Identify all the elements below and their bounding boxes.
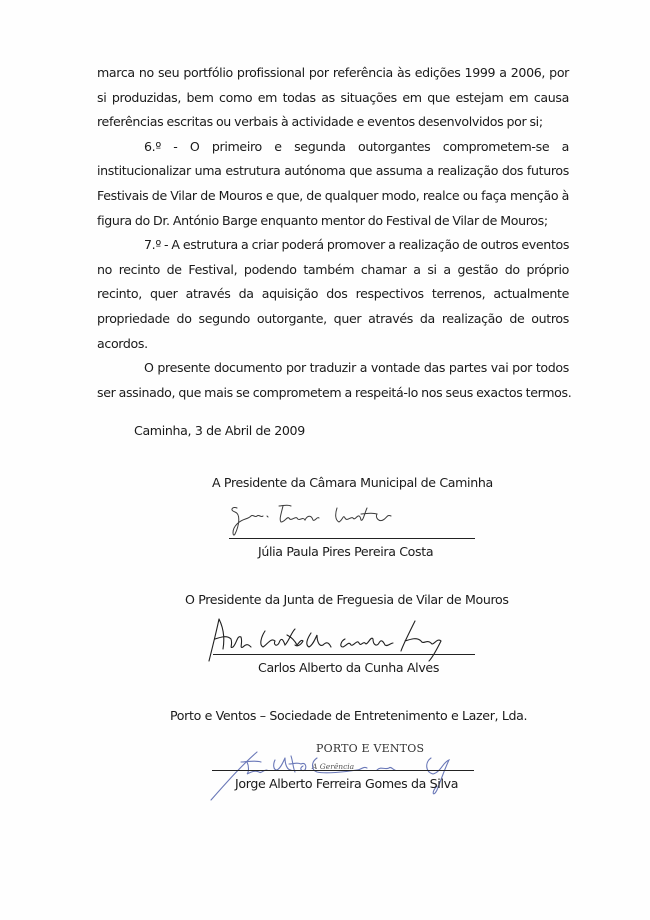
text-line: O presente documento por traduzir a vont… [97, 356, 569, 381]
signature-line [229, 538, 475, 539]
signatory-title: O Presidente da Junta de Freguesia de Vi… [185, 592, 509, 607]
text-line: si produzidas, bem como em todas as situ… [97, 86, 569, 111]
text-line: referências escritas ou verbais à activi… [97, 110, 569, 135]
document-page: marca no seu portfólio profissional por … [0, 0, 650, 920]
paragraph-clause-7: 7.º - A estrutura a criar poderá promove… [97, 233, 569, 356]
text-line: 6.º - O primeiro e segunda outorgantes c… [97, 135, 569, 160]
signature-line [213, 654, 475, 655]
signature-line [212, 770, 474, 771]
signatory-name: Jorge Alberto Ferreira Gomes da Silva [235, 776, 458, 791]
place-date: Caminha, 3 de Abril de 2009 [134, 423, 305, 438]
paragraph-closing: O presente documento por traduzir a vont… [97, 356, 569, 405]
text-line: 7.º - A estrutura a criar poderá promove… [97, 233, 569, 258]
text-line: no recinto de Festival, podendo também c… [97, 258, 569, 283]
text-line: institucionalizar uma estrutura autónoma… [97, 159, 569, 184]
document-body: marca no seu portfólio profissional por … [97, 61, 569, 405]
text-line: recinto, quer através da aquisição dos r… [97, 282, 569, 307]
signatory-name: Carlos Alberto da Cunha Alves [258, 660, 439, 675]
paragraph-clause-6: 6.º - O primeiro e segunda outorgantes c… [97, 135, 569, 233]
text-line: marca no seu portfólio profissional por … [97, 61, 569, 86]
text-line: ser assinado, que mais se comprometem a … [97, 381, 569, 406]
paragraph-continuation: marca no seu portfólio profissional por … [97, 61, 569, 135]
signatory-name: Júlia Paula Pires Pereira Costa [258, 544, 433, 559]
signatory-title: A Presidente da Câmara Municipal de Cami… [212, 475, 493, 490]
signatory-title: Porto e Ventos – Sociedade de Entretenim… [170, 708, 527, 723]
signature-scribble-icon [225, 500, 415, 540]
text-line: acordos. [97, 332, 569, 357]
text-line: figura do Dr. António Barge enquanto men… [97, 209, 569, 234]
signature-scribble-icon [205, 615, 455, 665]
text-line: propriedade do segundo outorgante, quer … [97, 307, 569, 332]
text-line: Festivais de Vilar de Mouros e que, de q… [97, 184, 569, 209]
